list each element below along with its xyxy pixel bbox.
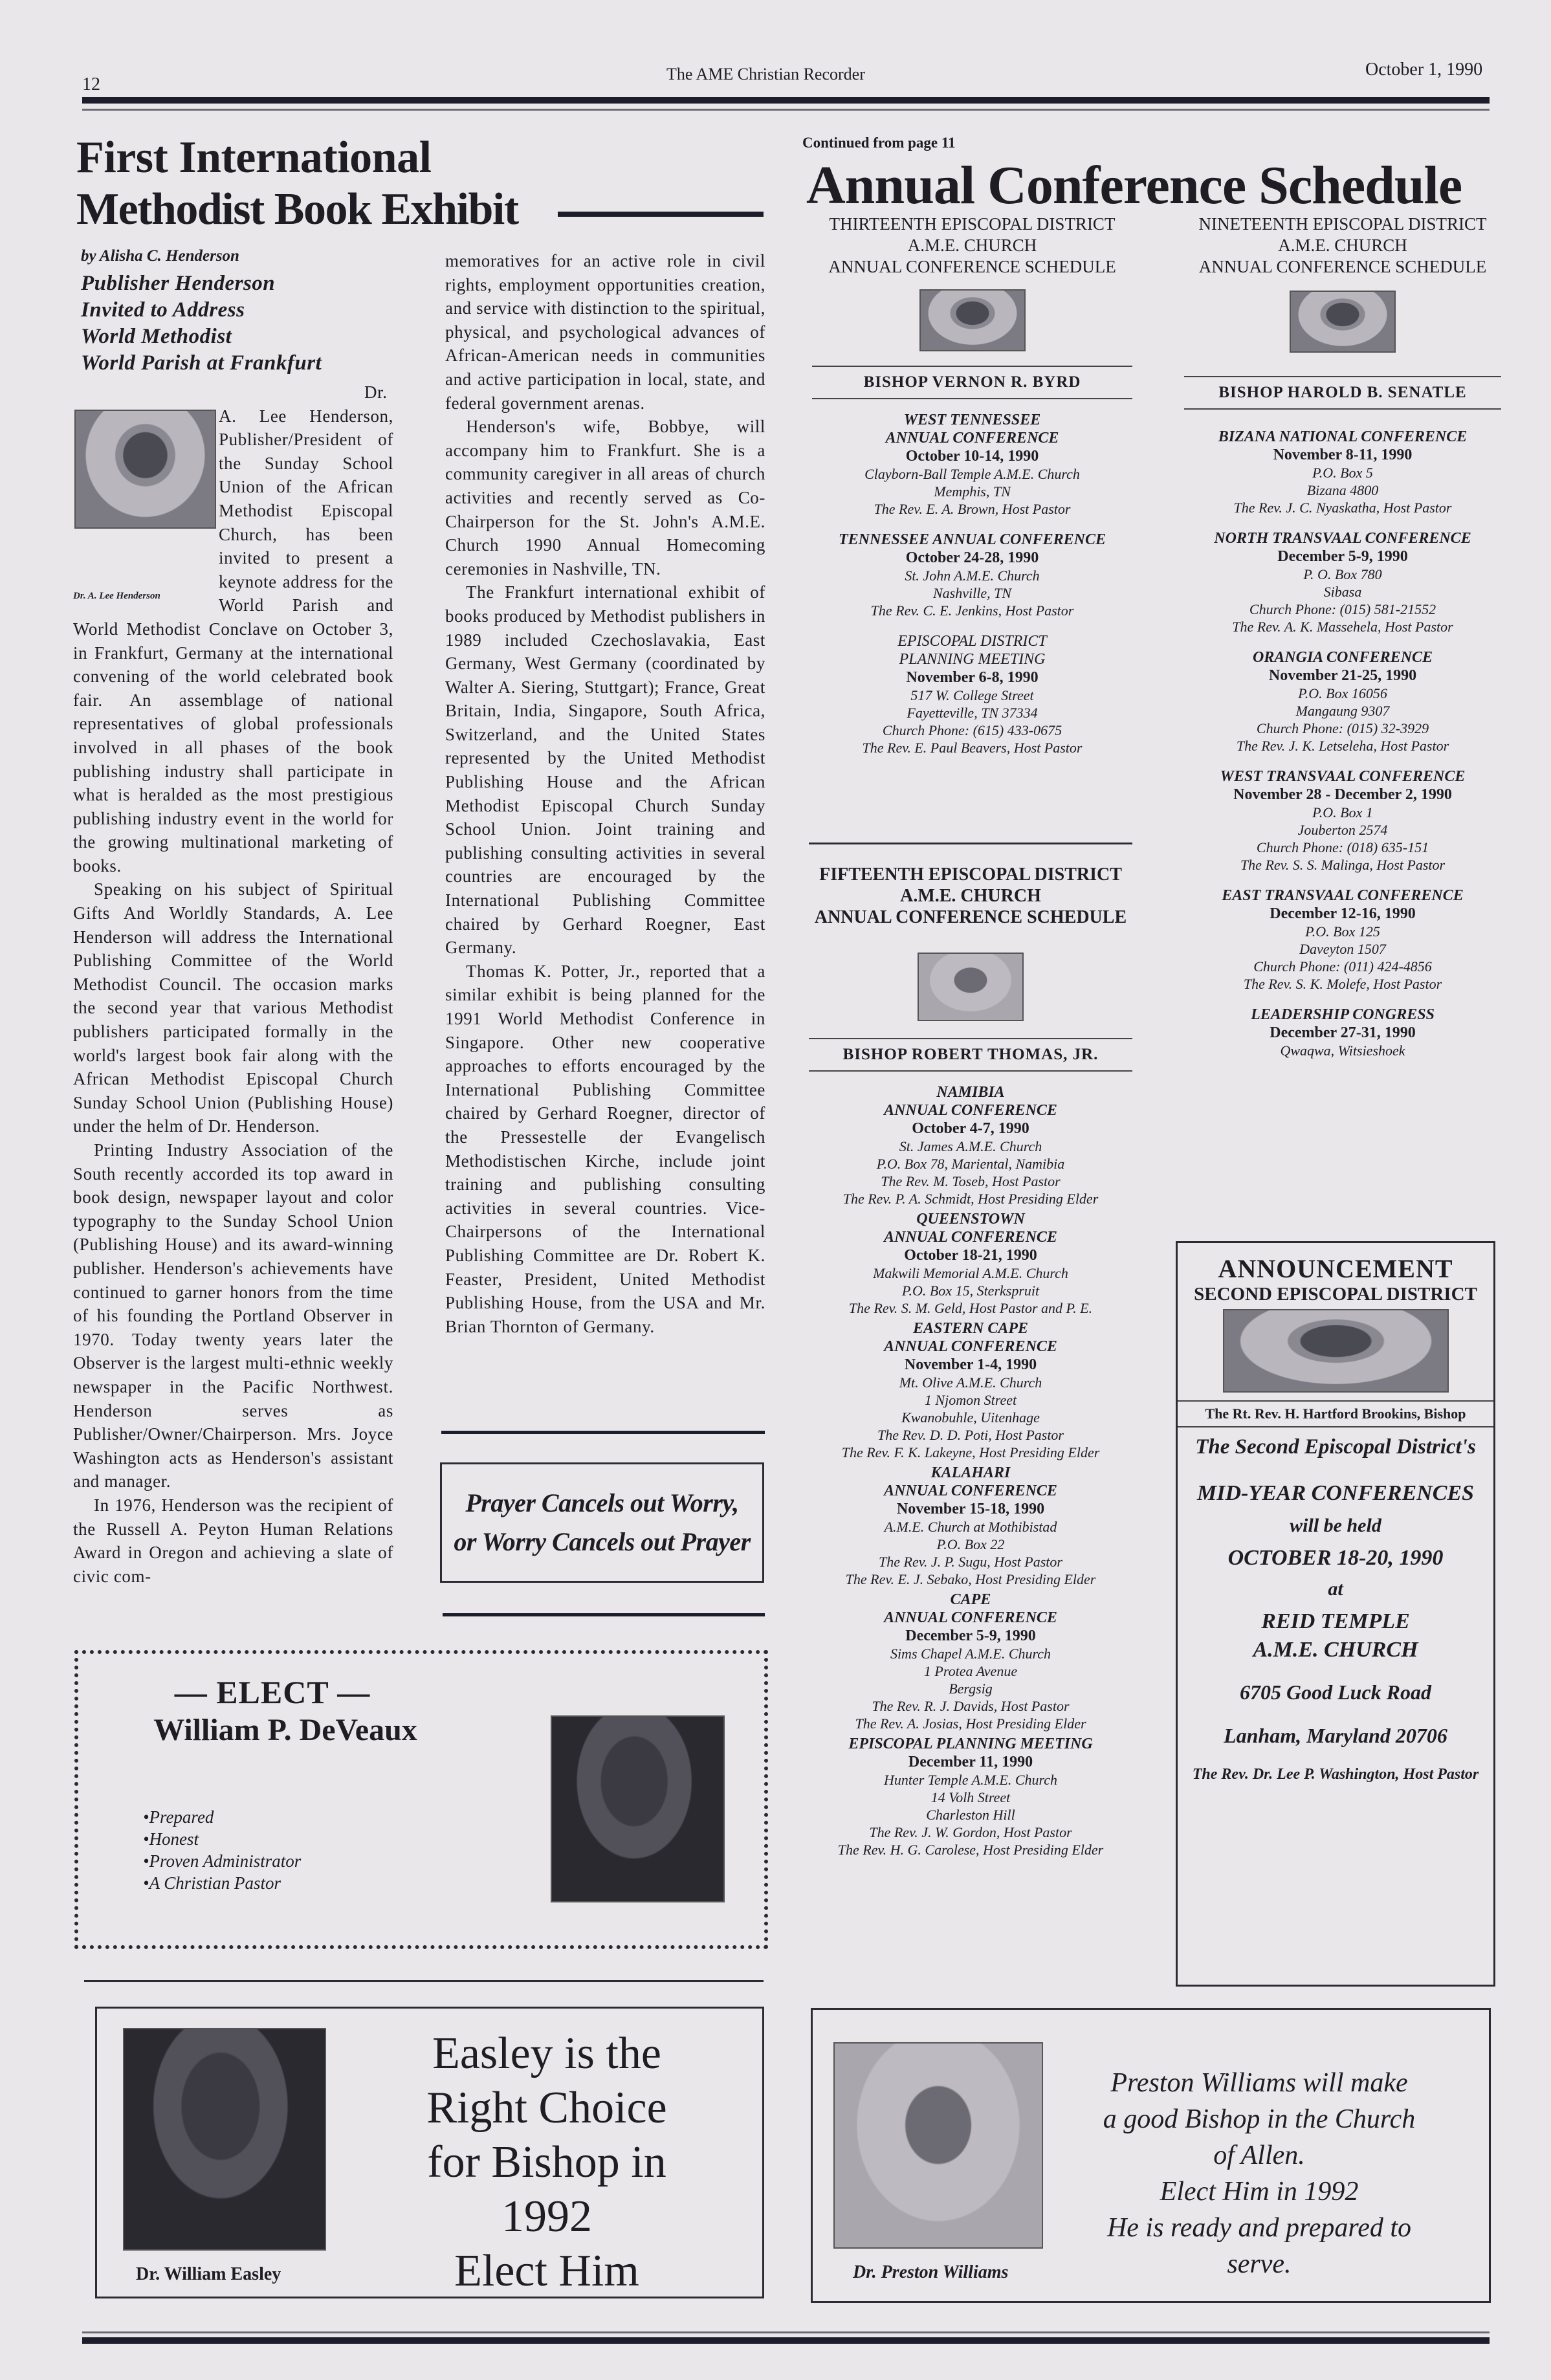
article-headline-line1: First International [76,133,432,182]
newspaper-name: The AME Christian Recorder [666,65,865,84]
candidate-name: William P. DeVeaux [98,1712,473,1748]
conference-entry: LEADERSHIP CONGRESS December 27-31, 1990… [1184,1006,1501,1059]
conference-entry: KALAHARI ANNUAL CONFERENCE November 15-1… [809,1464,1132,1588]
district-divider [809,843,1132,844]
quality-item: •Prepared [143,1806,301,1828]
announcement-subtitle: SECOND EPISCOPAL DISTRICT [1178,1284,1493,1305]
article-paragraph: memoratives for an active role in civil … [445,249,765,415]
photo-easley [123,2028,326,2251]
photo-bishop-senatle [1290,291,1396,353]
section-rule [84,1980,764,1982]
masthead-rule-thin [82,109,1490,111]
article-headline-line2: Methodist Book Exhibit [76,184,518,234]
conference-entry: EAST TRANSVAAL CONFERENCE December 12-16… [1184,887,1501,993]
conference-entry: EPISCOPAL PLANNING MEETING December 11, … [809,1735,1132,1858]
quality-item: •A Christian Pastor [143,1872,301,1894]
conference-entry: EPISCOPAL DISTRICT PLANNING MEETING Nove… [812,632,1132,756]
conference-entry: WEST TRANSVAAL CONFERENCE November 28 - … [1184,767,1501,874]
conference-entry: WEST TENNESSEE ANNUAL CONFERENCE October… [812,411,1132,518]
announcement-photo-caption: The Rt. Rev. H. Hartford Brookins, Bisho… [1178,1400,1493,1427]
quality-item: •Honest [143,1828,301,1850]
conference-entry: TENNESSEE ANNUAL CONFERENCE October 24-2… [812,531,1132,619]
footer-rule-thin [82,2331,1490,2333]
elect-title: — ELECT — [149,1673,395,1711]
conference-entry: BIZANA NATIONAL CONFERENCE November 8-11… [1184,428,1501,516]
conference-entry: NORTH TRANSVAAL CONFERENCE December 5-9,… [1184,529,1501,635]
thirteenth-district-schedule: THIRTEENTH EPISCOPAL DISTRICT A.M.E. CHU… [812,214,1132,769]
announcement-box: ANNOUNCEMENT SECOND EPISCOPAL DISTRICT T… [1176,1241,1495,1987]
article-column-2: memoratives for an active role in civil … [445,249,765,1338]
fifteenth-district-schedule: FIFTEENTH EPISCOPAL DISTRICT A.M.E. CHUR… [809,864,1132,1861]
article-paragraph: In 1976, Henderson was the recipient of … [73,1493,393,1588]
page-number: 12 [82,74,100,95]
article-paragraph: Printing Industry Association of the Sou… [73,1138,393,1493]
photo-bishop-byrd [919,289,1026,351]
district-heading: NINETEENTH EPISCOPAL DISTRICT A.M.E. CHU… [1184,214,1501,278]
prayer-rule-bottom [443,1613,765,1616]
williams-ad-text: Preston Williams will make a good Bishop… [1072,2065,1447,2282]
continued-label: Continued from page 11 [802,135,956,151]
masthead-rule-thick [82,97,1490,104]
photo-bishop-thomas [918,953,1024,1021]
bishop-name: BISHOP HAROLD B. SENATLE [1184,376,1501,410]
photo-deveaux [551,1715,725,1902]
conference-entry: CAPE ANNUAL CONFERENCE December 5-9, 199… [809,1591,1132,1732]
photo-caption-williams: Dr. Preston Williams [853,2262,1008,2283]
easley-ad-text: Easley is the Right Choice for Bishop in… [359,2027,734,2298]
prayer-line-2: or Worry Cancels out Prayer [442,1523,762,1561]
photo-bishop-brookins [1223,1309,1449,1393]
williams-ad: Dr. Preston Williams Preston Williams wi… [811,2008,1491,2303]
conference-entry: NAMIBIA ANNUAL CONFERENCE October 4-7, 1… [809,1083,1132,1207]
district-heading: THIRTEENTH EPISCOPAL DISTRICT A.M.E. CHU… [812,214,1132,278]
byline: by Alisha C. Henderson [81,247,239,265]
district-heading: FIFTEENTH EPISCOPAL DISTRICT A.M.E. CHUR… [809,864,1132,928]
prayer-rule-top [441,1431,765,1434]
elect-deveaux-ad: — ELECT — William P. DeVeaux •Prepared •… [74,1650,768,1949]
schedule-title: Annual Conference Schedule [806,154,1462,217]
quality-item: •Proven Administrator [143,1850,301,1872]
article-paragraph: Speaking on his subject of Spiritual Gif… [73,877,393,1138]
announcement-title: ANNOUNCEMENT [1178,1253,1493,1284]
headline-dash-rule [558,212,764,217]
conference-entry: QUEENSTOWN ANNUAL CONFERENCE October 18-… [809,1210,1132,1317]
article-column-1: Dr. A. Lee Henderson, Publisher/Presiden… [73,380,393,1588]
footer-rule-thick [82,2337,1490,2344]
article-paragraph: The Frankfurt international exhibit of b… [445,580,765,960]
conference-entry: EASTERN CAPE ANNUAL CONFERENCE November … [809,1319,1132,1461]
nineteenth-district-schedule: NINETEENTH EPISCOPAL DISTRICT A.M.E. CHU… [1184,214,1501,1072]
bishop-name: BISHOP VERNON R. BYRD [812,366,1132,399]
issue-date: October 1, 1990 [1365,60,1482,80]
prayer-line-1: Prayer Cancels out Worry, [442,1484,762,1523]
candidate-qualities-list: •Prepared •Honest •Proven Administrator … [143,1806,301,1894]
photo-caption-easley: Dr. William Easley [136,2264,281,2285]
bishop-name: BISHOP ROBERT THOMAS, JR. [809,1038,1132,1072]
article-paragraph: Henderson's wife, Bobbye, will accompany… [445,415,765,580]
conference-entry: ORANGIA CONFERENCE November 21-25, 1990 … [1184,648,1501,755]
prayer-quote-box: Prayer Cancels out Worry, or Worry Cance… [440,1462,764,1583]
photo-williams [833,2042,1043,2249]
easley-ad: Dr. William Easley Easley is the Right C… [95,2007,764,2298]
article-paragraph: Thomas K. Potter, Jr., reported that a s… [445,960,765,1339]
article-subhead: Publisher Henderson Invited to Address W… [81,270,322,377]
